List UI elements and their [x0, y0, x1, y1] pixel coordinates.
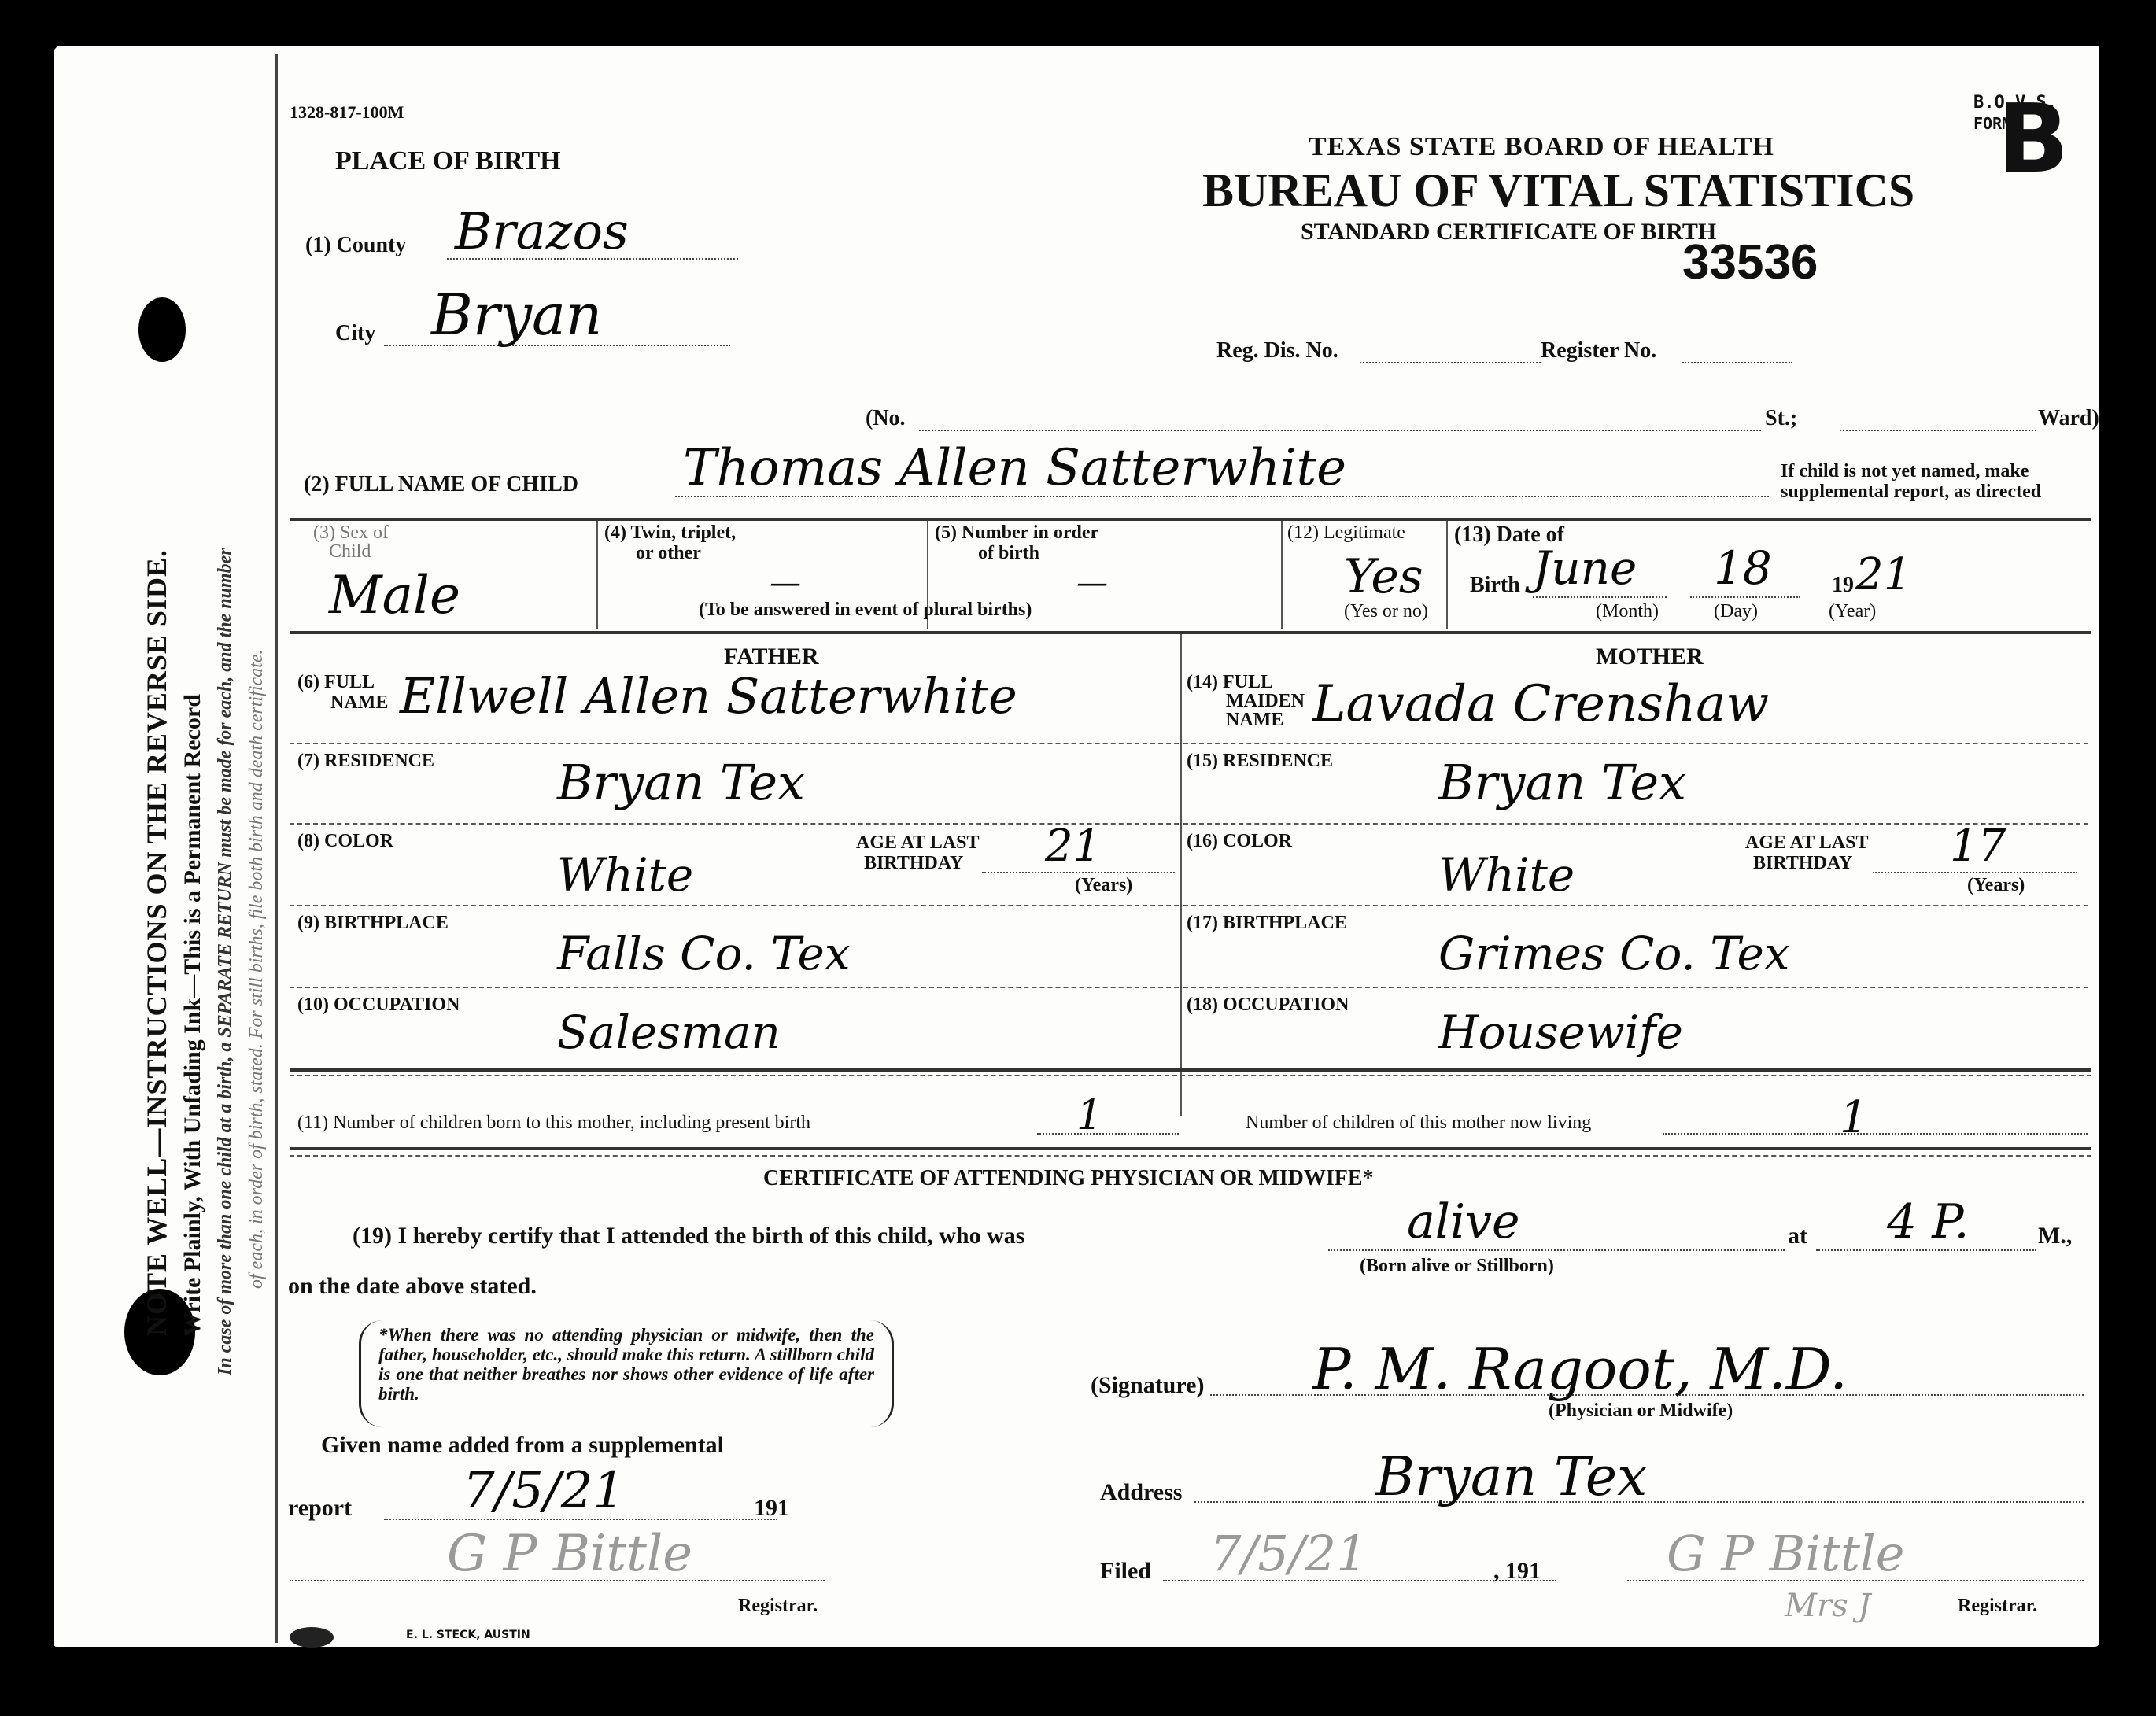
filing-registrar-label: Registrar.: [1958, 1596, 2037, 1617]
street-underline: [919, 430, 1761, 431]
filed-year-prefix: , 191: [1493, 1558, 1541, 1585]
reg-dis-underline: [1360, 362, 1541, 363]
print-code: 1328-817-100M: [290, 102, 404, 123]
children-living-underline: [1663, 1133, 2088, 1135]
place-of-birth-heading: PLACE OF BIRTH: [335, 146, 561, 176]
filing-registrar-note: Mrs J: [1785, 1588, 1870, 1624]
street-label: St.;: [1765, 406, 1797, 431]
mother-name-label-1: (14) FULL: [1187, 672, 1273, 693]
row-divider: [290, 987, 1179, 988]
dob-label-2: Birth: [1470, 573, 1520, 598]
order-label-2: of birth: [978, 543, 1039, 564]
dob-year-prefix: 19: [1832, 573, 1854, 598]
sex-label-1: (3) Sex of: [313, 522, 389, 544]
father-age-hint: (Years): [1075, 875, 1132, 896]
father-birthplace-label: (9) BIRTHPLACE: [297, 913, 449, 934]
m-label: M.,: [2038, 1223, 2072, 1249]
father-name-value: Ellwell Allen Satterwhite: [400, 667, 1017, 725]
status-underline: [1328, 1249, 1785, 1251]
father-age-underline: [982, 872, 1175, 873]
birth-time-value: 4 P.: [1887, 1194, 1970, 1249]
row-divider: [290, 631, 2091, 634]
supplemental-text: Given name added from a supplemental: [321, 1432, 724, 1459]
filed-label: Filed: [1100, 1558, 1151, 1585]
unnamed-note-2: supplemental report, as directed: [1781, 482, 2041, 503]
row-divider: [290, 905, 1179, 906]
row-divider: [1183, 987, 2088, 988]
signature-label: (Signature): [1091, 1372, 1204, 1399]
mother-name-label-3: NAME: [1226, 710, 1283, 731]
row-divider: [290, 1068, 2091, 1072]
time-underline: [1816, 1249, 2036, 1251]
county-value: Brazos: [455, 203, 629, 261]
ward-underline: [1840, 430, 2036, 431]
city-label: City: [335, 321, 375, 346]
mother-age-value: 17: [1950, 821, 2006, 872]
father-age-label-1: AGE AT LAST: [856, 832, 980, 854]
mother-name-value: Lavada Crenshaw: [1312, 675, 1769, 733]
dob-day-underline: [1690, 596, 1800, 598]
mother-residence-label: (15) RESIDENCE: [1187, 751, 1333, 772]
row-divider: [1183, 905, 2088, 906]
register-no-underline: [1682, 362, 1792, 363]
physician-certificate-heading: CERTIFICATE OF ATTENDING PHYSICIAN OR MI…: [763, 1166, 1374, 1191]
birth-certificate-page: NOTE WELL—INSTRUCTIONS ON THE REVERSE SI…: [54, 46, 2099, 1647]
day-hint: (Day): [1714, 601, 1758, 622]
union-label-icon: [290, 1627, 334, 1648]
birth-status-hint: (Born alive or Stillborn): [1360, 1256, 1554, 1277]
signature-hint: (Physician or Midwife): [1549, 1400, 1733, 1422]
mother-color-label: (16) COLOR: [1187, 831, 1292, 852]
children-born-label: (11) Number of children born to this mot…: [297, 1113, 810, 1134]
father-color-value: White: [557, 848, 693, 902]
mother-heading: MOTHER: [1596, 644, 1704, 670]
dob-day: 18: [1714, 541, 1772, 595]
report-year-prefix: 191: [754, 1495, 789, 1522]
column-divider: [1446, 521, 1448, 629]
at-label: at: [1788, 1223, 1807, 1249]
printer-mark: E. L. STECK, AUSTIN: [406, 1629, 530, 1641]
supplemental-registrar-signature: G P Bittle: [447, 1525, 692, 1583]
row-divider: [290, 1155, 2091, 1157]
order-label-1: (5) Number in order: [935, 522, 1098, 544]
ink-blot: [138, 297, 186, 362]
certificate-number: 33536: [1682, 234, 1818, 290]
mother-birthplace-label: (17) BIRTHPLACE: [1187, 913, 1347, 934]
twin-label-2: or other: [636, 543, 701, 564]
twin-label-1: (4) Twin, triplet,: [604, 522, 736, 544]
mother-occupation-label: (18) OCCUPATION: [1187, 995, 1349, 1016]
side-separate-return: In case of more than one child at a birt…: [215, 548, 236, 1375]
reg-dis-label: Reg. Dis. No.: [1216, 338, 1338, 363]
mother-residence-value: Bryan Tex: [1438, 754, 1686, 811]
mother-age-hint: (Years): [1967, 875, 2025, 896]
row-divider: [290, 743, 1179, 744]
county-label: (1) County: [305, 233, 406, 258]
order-value: —: [1076, 565, 1108, 601]
mother-color-value: White: [1438, 848, 1575, 902]
side-still-births: of each, in order of birth, stated. For …: [246, 650, 268, 1289]
children-living-value: 1: [1840, 1092, 1868, 1143]
footnote-box: *When there was no attending physician o…: [359, 1320, 894, 1427]
mother-occupation-value: Housewife: [1438, 1006, 1683, 1059]
father-residence-label: (7) RESIDENCE: [297, 751, 434, 772]
side-write-plainly: Write Plainly, With Unfading Ink—This is…: [179, 694, 206, 1336]
father-residence-value: Bryan Tex: [557, 754, 805, 811]
father-age-label-2: BIRTHDAY: [864, 853, 963, 874]
father-color-label: (8) COLOR: [297, 831, 393, 852]
birth-status-value: alive: [1407, 1194, 1520, 1249]
father-birthplace-value: Falls Co. Tex: [557, 927, 851, 980]
form-letter: B: [1997, 93, 2069, 187]
mother-age-label-2: BIRTHDAY: [1753, 853, 1852, 874]
address-label: Address: [1100, 1479, 1182, 1506]
column-divider: [1281, 521, 1283, 629]
agency-name: TEXAS STATE BOARD OF HEALTH: [1309, 132, 1774, 162]
row-divider: [290, 1075, 2091, 1076]
footnote-text: *When there was no attending physician o…: [378, 1325, 874, 1404]
children-born-value: 1: [1076, 1092, 1102, 1139]
side-note-well: NOTE WELL—INSTRUCTIONS ON THE REVERSE SI…: [140, 549, 173, 1336]
child-name-value: Thomas Allen Satterwhite: [683, 439, 1346, 497]
certify-text: (19) I hereby certify that I attended th…: [353, 1223, 1024, 1249]
bureau-title: BUREAU OF VITAL STATISTICS: [1202, 164, 1914, 218]
sex-value: Male: [329, 565, 460, 626]
row-divider: [290, 1147, 2091, 1150]
report-label: report: [288, 1495, 352, 1522]
mother-age-underline: [1873, 872, 2077, 873]
child-name-label: (2) FULL NAME OF CHILD: [304, 472, 578, 497]
dob-month-underline: [1533, 596, 1667, 598]
father-age-value: 21: [1045, 821, 1101, 872]
city-value: Bryan: [431, 282, 602, 348]
form-word: FORM: [1973, 115, 1988, 132]
physician-signature: P. M. Ragoot, M.D.: [1312, 1336, 1848, 1402]
month-hint: (Month): [1596, 601, 1659, 622]
mother-birthplace-value: Grimes Co. Tex: [1438, 927, 1790, 980]
father-occupation-label: (10) OCCUPATION: [297, 995, 460, 1016]
children-living-label: Number of children of this mother now li…: [1246, 1113, 1591, 1134]
margin-rule: [282, 54, 282, 1643]
filed-date: 7/5/21: [1210, 1525, 1368, 1582]
legitimate-label: (12) Legitimate: [1287, 522, 1405, 544]
register-no-label: Register No.: [1541, 338, 1656, 363]
column-divider: [596, 521, 598, 629]
certificate-title: STANDARD CERTIFICATE OF BIRTH: [1301, 219, 1716, 245]
legitimate-value: Yes: [1344, 549, 1423, 604]
legitimate-hint: (Yes or no): [1344, 601, 1428, 622]
report-date: 7/5/21: [463, 1462, 625, 1520]
dob-month: June: [1533, 541, 1637, 595]
margin-rule: [275, 54, 278, 1643]
row-divider: [1183, 743, 2088, 744]
ward-label: Ward): [2038, 406, 2099, 431]
sex-label-2: Child: [329, 541, 371, 563]
mother-name-label-2: MAIDEN: [1226, 691, 1305, 712]
supplemental-registrar-label: Registrar.: [738, 1596, 818, 1617]
father-name-label-1: (6) FULL: [297, 672, 375, 693]
father-name-label-2: NAME: [330, 692, 388, 714]
mother-age-label-1: AGE AT LAST: [1745, 832, 1869, 854]
filing-registrar-signature: G P Bittle: [1667, 1525, 1904, 1582]
street-no-label: (No.: [866, 406, 906, 431]
unnamed-note-1: If child is not yet named, make: [1781, 461, 2029, 482]
twin-value: —: [770, 565, 801, 601]
plural-births-note: (To be answered in event of plural birth…: [699, 600, 1032, 621]
physician-address: Bryan Tex: [1375, 1446, 1648, 1508]
dob-year: 21: [1855, 549, 1911, 600]
father-heading: FATHER: [724, 644, 819, 670]
children-born-underline: [1037, 1133, 1179, 1135]
date-above-stated: on the date above stated.: [288, 1273, 537, 1300]
row-divider: [290, 518, 2091, 521]
father-occupation-value: Salesman: [557, 1006, 781, 1059]
parents-divider: [1180, 634, 1182, 1116]
year-hint: (Year): [1829, 601, 1876, 622]
